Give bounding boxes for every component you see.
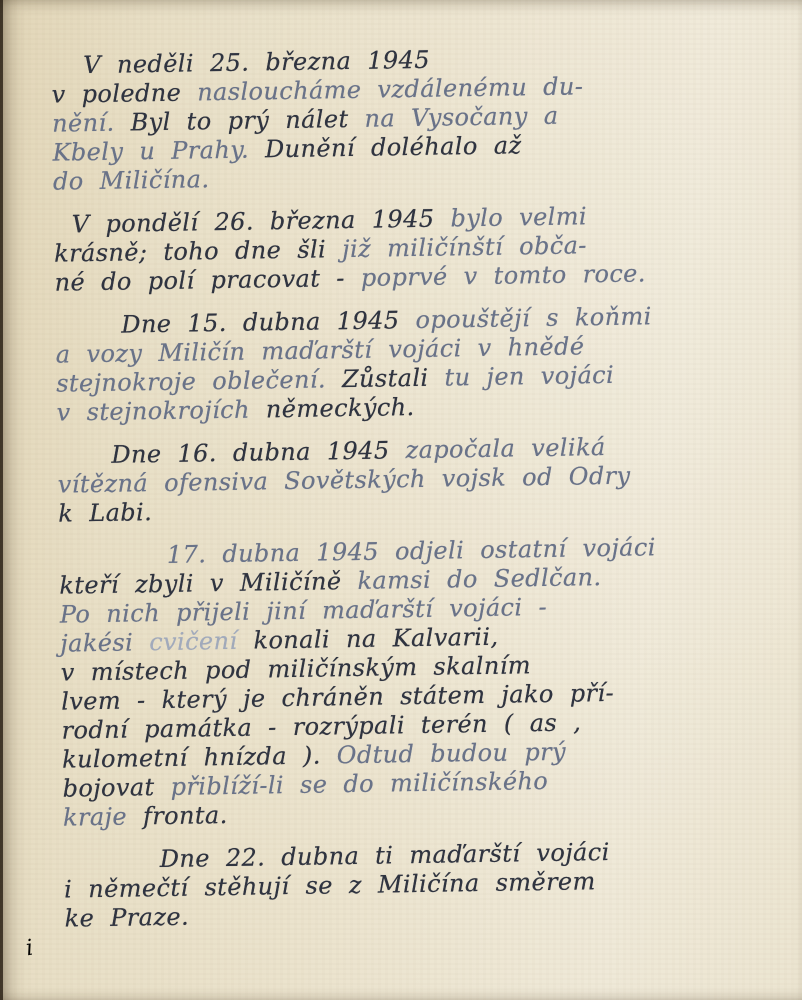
ink-segment: stejnokroje oblečení.	[56, 365, 342, 397]
ink-segment: Zůstali	[342, 364, 445, 394]
paragraph: V pondělí 26. března 1945 bylo velmikrás…	[54, 199, 769, 297]
handwritten-text: V neděli 25. března 1945v poledne naslou…	[51, 40, 779, 947]
ink-segment: do Miličína.	[53, 165, 210, 195]
ink-segment: k Labi.	[58, 498, 152, 527]
paragraph: Dne 15. dubna 1945 opouštějí s koňmia vo…	[55, 300, 771, 427]
ink-segment: kulometní hnízda ).	[62, 741, 337, 773]
ink-segment: V neděli 25. března 1945	[83, 46, 430, 79]
ink-segment: nění.	[52, 108, 131, 137]
ink-segment: krásně; toho dne šli	[54, 235, 342, 268]
ink-segment: v stejnokrojích	[56, 395, 266, 426]
ink-segment: započala veliká	[405, 433, 606, 464]
paragraph: Dne 22. dubna ti maďarští vojácii němečt…	[63, 835, 778, 933]
ink-segment: cvičení	[149, 627, 254, 657]
ink-segment: Kbely u Prahy.	[52, 135, 265, 166]
ink-segment: bylo velmi	[450, 202, 587, 232]
ink-segment: kamsi do Sedlčan.	[357, 563, 601, 595]
ink-segment: opouštějí s koňmi	[415, 302, 652, 334]
ink-segment: V pondělí 26. března 1945	[72, 204, 451, 238]
ink-segment: konali na Kalvarii,	[253, 623, 498, 655]
ink-segment: kraje	[63, 802, 143, 831]
ink-segment: ke Praze.	[64, 903, 189, 933]
ink-segment: Dne 15. dubna 1945	[121, 306, 416, 339]
paragraph: 17. dubna 1945 odjeli ostatní vojácikteř…	[59, 531, 777, 832]
page-mark: i	[24, 936, 34, 962]
ink-segment: Dunění doléhalo až	[265, 131, 522, 163]
ink-segment: jakési	[60, 628, 149, 657]
ink-segment: poprvé v tomto roce.	[361, 259, 646, 291]
ink-segment: fronta.	[143, 801, 228, 830]
ink-segment: na Vysočany a	[364, 102, 558, 133]
ink-segment: v poledne	[51, 78, 197, 108]
ink-segment: né do polí pracovat -	[54, 264, 361, 297]
page: V neděli 25. března 1945v poledne naslou…	[0, 0, 802, 1000]
paragraph: V neděli 25. března 1945v poledne naslou…	[51, 40, 767, 196]
ink-segment: Odtud budou prý	[337, 738, 567, 770]
ink-segment: Dne 16. dubna 1945	[111, 436, 406, 469]
ink-segment: Byl to prý nálet	[130, 105, 364, 137]
ink-segment: kteří zbyli v Miličíně	[59, 567, 358, 600]
ink-segment: tu jen vojáci	[444, 361, 614, 392]
ink-segment: již miličínští obča-	[342, 231, 587, 263]
ink-segment: přiblíží-li se do miličínského	[170, 767, 548, 801]
paragraph: Dne 16. dubna 1945 započala velikávítězn…	[57, 430, 772, 528]
ink-segment: bojovat	[62, 773, 170, 803]
ink-segment: německých.	[266, 393, 415, 423]
